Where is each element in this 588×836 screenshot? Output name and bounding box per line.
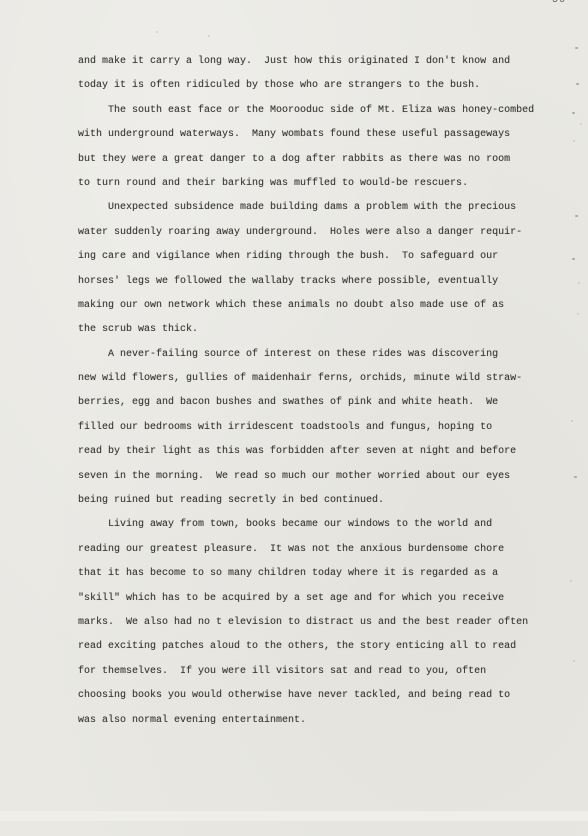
paragraph: Living away from town, books became our …	[78, 513, 548, 733]
text-line: and make it carry a long way. Just how t…	[78, 50, 548, 74]
text-line: Living away from town, books became our …	[78, 513, 548, 537]
text-line: read exciting patches aloud to the other…	[78, 635, 548, 659]
text-line: that it has become to so many children t…	[78, 562, 548, 586]
text-line: The south east face or the Moorooduc sid…	[78, 99, 548, 123]
text-line: water suddenly roaring away underground.…	[78, 221, 548, 245]
paragraph: A never-failing source of interest on th…	[78, 343, 548, 514]
text-line: berries, egg and bacon bushes and swathe…	[78, 391, 548, 415]
page-number: 56	[552, 0, 566, 8]
text-line: horses' legs we followed the wallaby tra…	[78, 270, 548, 294]
text-line: for themselves. If you were ill visitors…	[78, 660, 548, 684]
scan-speck	[572, 258, 575, 260]
scan-speck	[570, 580, 572, 582]
scan-speck	[580, 123, 582, 125]
text-line: ing care and vigilance when riding throu…	[78, 245, 548, 269]
scan-speck	[447, 228, 449, 230]
text-line: read by their light as this was forbidde…	[78, 440, 548, 464]
text-line: with underground waterways. Many wombats…	[78, 123, 548, 147]
paragraph: and make it carry a long way. Just how t…	[78, 50, 548, 99]
page-text: and make it carry a long way. Just how t…	[78, 50, 548, 733]
text-line: choosing books you would otherwise have …	[78, 684, 548, 708]
scan-speck	[156, 31, 158, 33]
scan-speck	[571, 420, 573, 422]
text-line: seven in the morning. We read so much ou…	[78, 465, 548, 489]
scan-speck	[575, 215, 578, 217]
text-line: to turn round and their barking was muff…	[78, 172, 548, 196]
text-line: was also normal evening entertainment.	[78, 709, 548, 733]
scan-speck	[572, 112, 575, 114]
scan-speck	[578, 282, 580, 284]
text-line: Unexpected subsidence made building dams…	[78, 196, 548, 220]
text-line: marks. We also had no t elevision to dis…	[78, 611, 548, 635]
text-line: new wild flowers, gullies of maidenhair …	[78, 367, 548, 391]
scan-light-band	[0, 811, 588, 821]
scan-speck	[574, 476, 577, 478]
text-line: the scrub was thick.	[78, 318, 548, 342]
scan-speck	[577, 313, 579, 315]
text-line: reading our greatest pleasure. It was no…	[78, 538, 548, 562]
scan-speck	[575, 47, 578, 49]
text-line: "skill" which has to be acquired by a se…	[78, 587, 548, 611]
paragraph: Unexpected subsidence made building dams…	[78, 196, 548, 342]
text-line: being ruined but reading secretly in bed…	[78, 489, 548, 513]
text-line: filled our bedrooms with irridescent toa…	[78, 416, 548, 440]
scan-speck	[573, 660, 575, 662]
text-line: but they were a great danger to a dog af…	[78, 148, 548, 172]
text-line: A never-failing source of interest on th…	[78, 343, 548, 367]
text-line: today it is often ridiculed by those who…	[78, 74, 548, 98]
document-page: 56 and make it carry a long way. Just ho…	[0, 0, 588, 836]
scan-speck	[208, 35, 210, 37]
scan-speck	[576, 83, 579, 85]
paragraph: The south east face or the Moorooduc sid…	[78, 99, 548, 197]
scan-speck	[573, 140, 575, 142]
text-line: making our own network which these anima…	[78, 294, 548, 318]
